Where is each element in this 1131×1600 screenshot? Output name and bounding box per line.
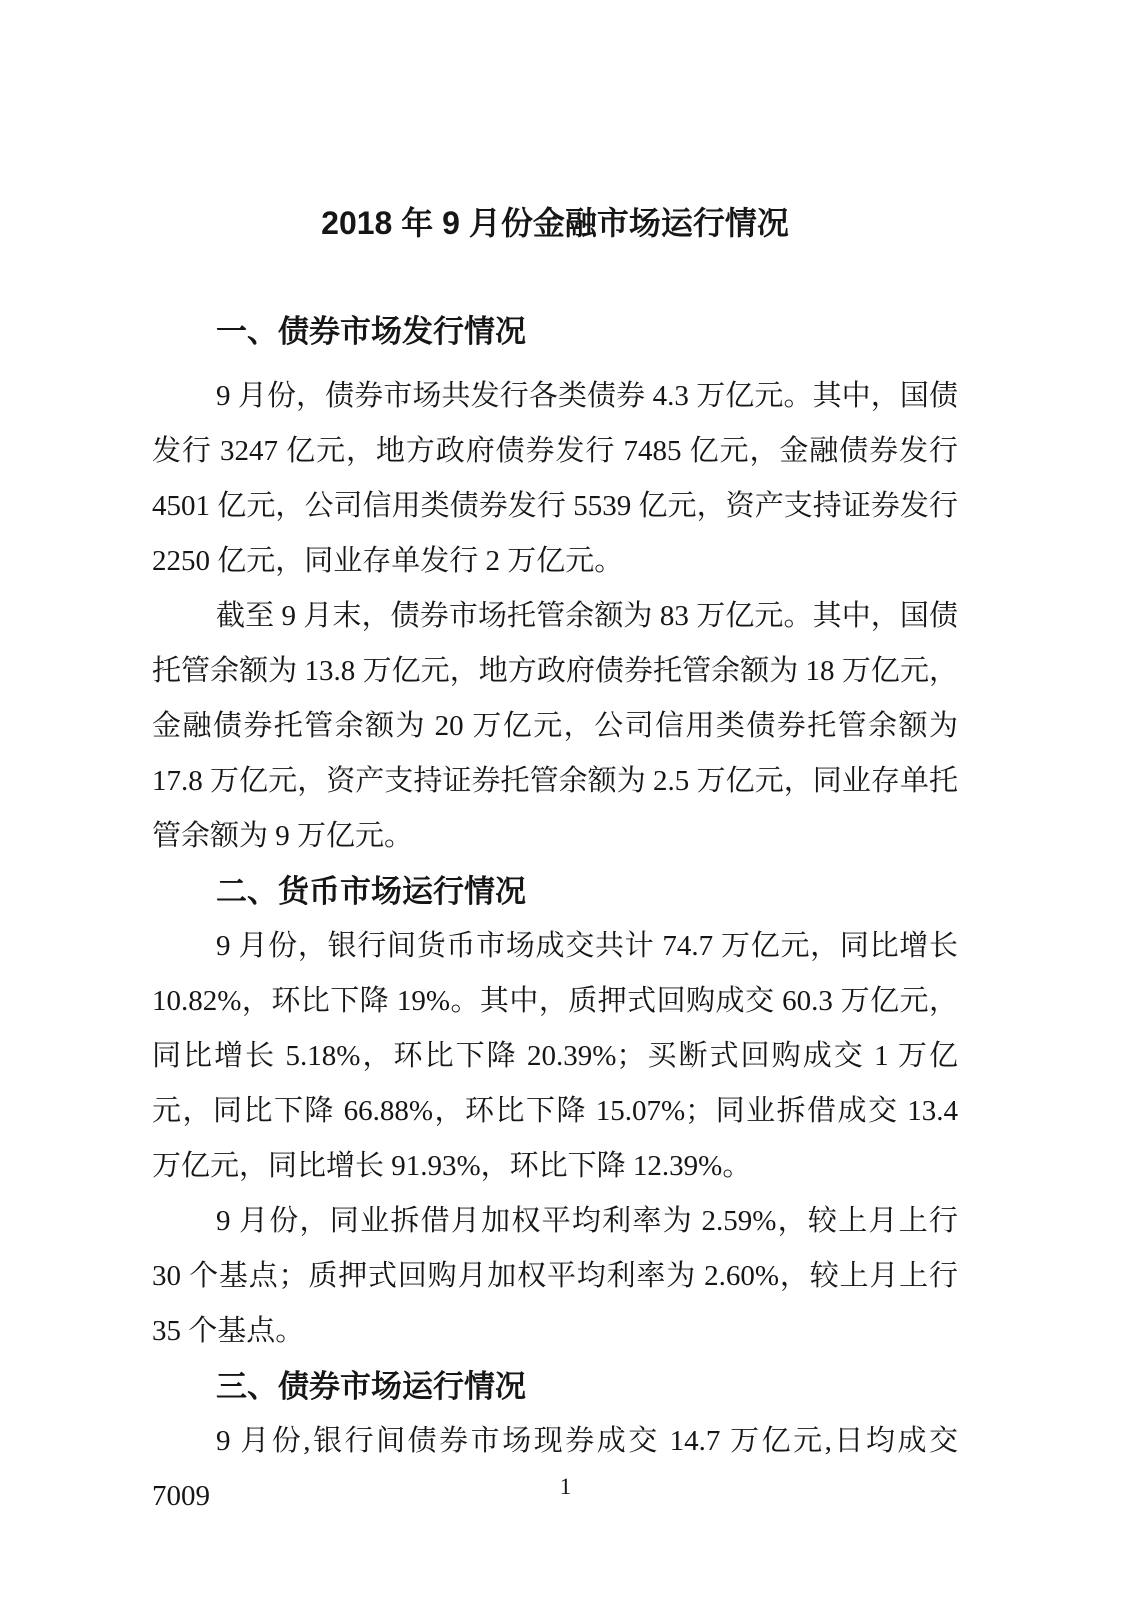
paragraph-money-market-turnover: 9 月份，银行间货币市场成交共计 74.7 万亿元，同比增长 10.82%，环比… (152, 919, 958, 1194)
paragraph-bond-issuance-1: 9 月份，债券市场共发行各类债券 4.3 万亿元。其中，国债发行 3247 亿元… (152, 369, 958, 589)
document-content: 2018 年 9 月份金融市场运行情况 一、债券市场发行情况 9 月份，债券市场… (152, 0, 958, 1524)
section-heading-bond-market-operation: 三、债券市场运行情况 (152, 1359, 958, 1414)
document-page: 2018 年 9 月份金融市场运行情况 一、债券市场发行情况 9 月份，债券市场… (0, 0, 1131, 1600)
page-title: 2018 年 9 月份金融市场运行情况 (152, 196, 958, 251)
page-number: 1 (0, 1472, 1131, 1502)
paragraph-bond-market-operation: 9 月份,银行间债券市场现券成交 14.7 万亿元,日均成交 7009 (152, 1414, 958, 1524)
section-heading-money-market: 二、货币市场运行情况 (152, 864, 958, 919)
paragraph-money-market-rates: 9 月份，同业拆借月加权平均利率为 2.59%，较上月上行 30 个基点；质押式… (152, 1194, 958, 1359)
paragraph-bond-custody-balance: 截至 9 月末，债券市场托管余额为 83 万亿元。其中，国债托管余额为 13.8… (152, 589, 958, 864)
section-heading-bond-issuance: 一、债券市场发行情况 (152, 304, 958, 359)
